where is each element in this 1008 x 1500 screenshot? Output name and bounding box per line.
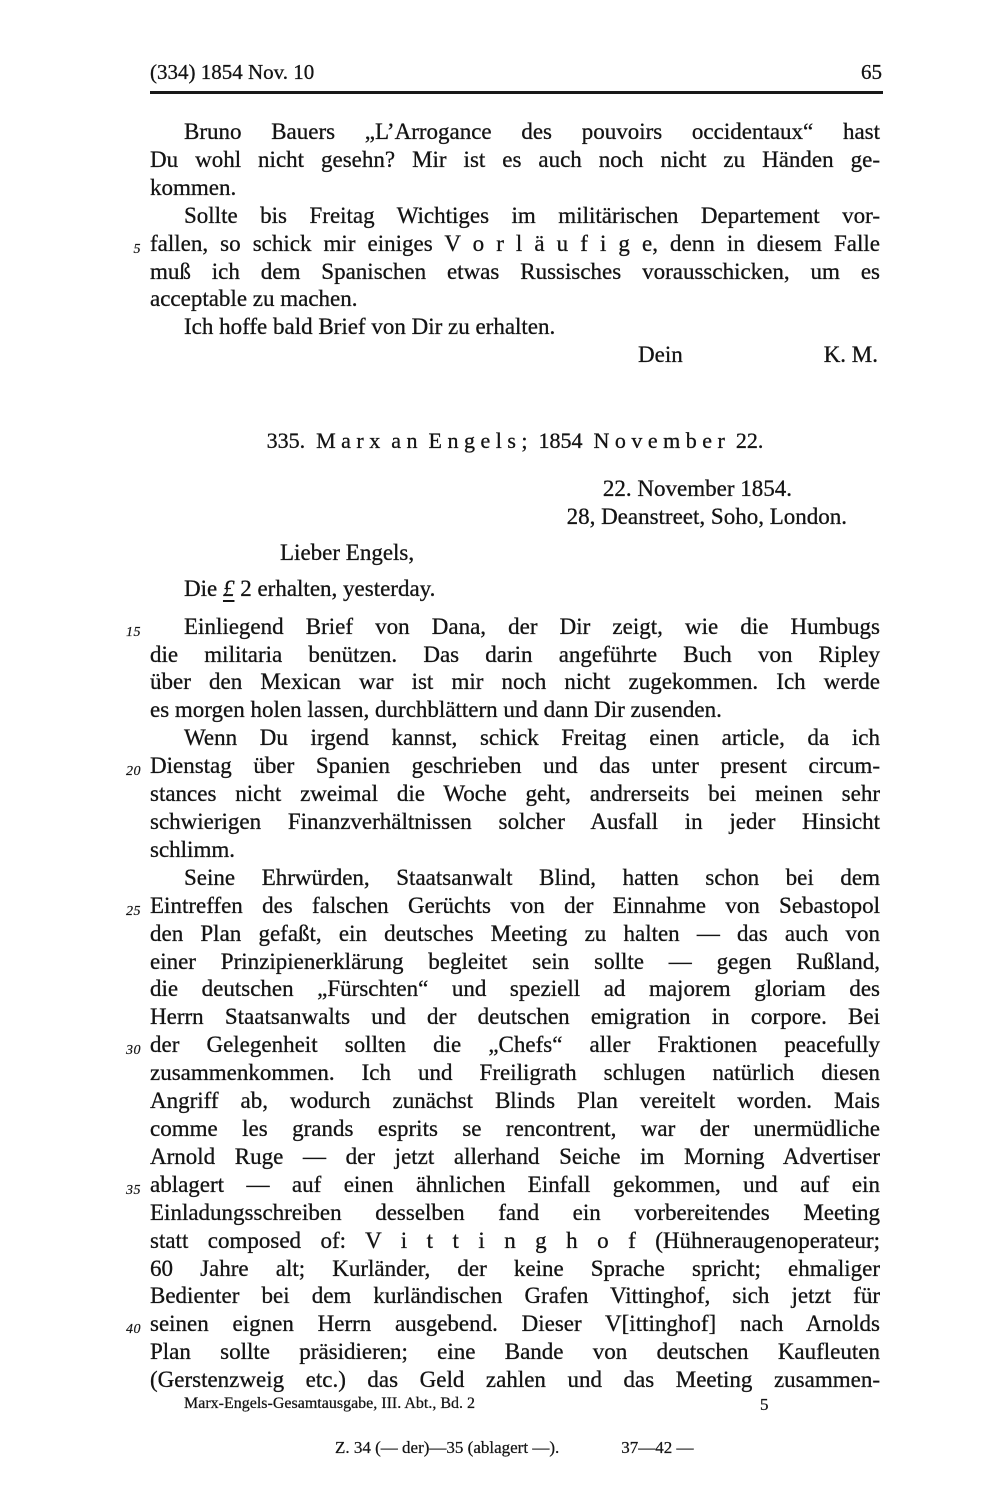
margin-line-number: 15 <box>92 619 141 647</box>
text-line: Arnold Ruge — der jetzt allerhand Seiche… <box>150 1143 880 1171</box>
dateline: 22. November 1854. <box>150 475 880 503</box>
text-line: zusammenkommen. Ich und Freiligrath schl… <box>150 1059 880 1087</box>
sheet-number: 5 <box>760 1395 769 1415</box>
text-line-content: zusammenkommen. Ich und Freiligrath schl… <box>150 1060 880 1085</box>
letter-335-body: 15Einliegend Brief von Dana, der Dir zei… <box>150 613 880 1394</box>
text-line-content: Du wohl nicht gesehn? Mir ist es auch no… <box>150 147 880 172</box>
text-line: Bedienter bei dem kurländischen Grafen V… <box>150 1282 880 1310</box>
text-line-content: Bedienter bei dem kurländischen Grafen V… <box>150 1283 880 1308</box>
text-line: 15Einliegend Brief von Dana, der Dir zei… <box>150 613 880 641</box>
text-line-content: die deutschen „Fürschten“ und speziell a… <box>150 976 880 1001</box>
text-line-content: Sollte bis Freitag Wichtiges im militäri… <box>184 203 880 228</box>
text-line-content: muß ich dem Spanischen etwas Russisches … <box>150 259 880 284</box>
text-line-content: den Plan gefaßt, ein deutsches Meeting z… <box>150 921 880 946</box>
text-line-content: seinen eignen Herrn ausgebend. Dieser V[… <box>150 1311 880 1336</box>
text-line: 20Dienstag über Spanien geschrieben und … <box>150 752 880 780</box>
salutation: Lieber Engels, <box>150 539 880 567</box>
text-line-content: Herrn Staatsanwalts und der deutschen em… <box>150 1004 880 1029</box>
header-rule <box>150 91 883 94</box>
text-line-content: acceptable zu machen. <box>150 286 358 311</box>
page-number: 65 <box>861 60 882 85</box>
text-line: die deutschen „Fürschten“ und speziell a… <box>150 975 880 1003</box>
text-line: (Gerstenzweig etc.) das Geld zahlen und … <box>150 1366 880 1394</box>
text-line: Du wohl nicht gesehn? Mir ist es auch no… <box>150 146 880 174</box>
text-line: statt composed of: V i t t i n g h o f (… <box>150 1227 880 1255</box>
text-line-content: über den Mexican war ist mir noch nicht … <box>150 669 880 694</box>
text-line-content: (Gerstenzweig etc.) das Geld zahlen und … <box>150 1367 880 1392</box>
text-line: es morgen holen lassen, durchblättern un… <box>150 696 880 724</box>
text-line: schlimm. <box>150 836 880 864</box>
text-line: Bruno Bauers „L’Arrogance des pouvoirs o… <box>150 118 880 146</box>
text-line: 5fallen, so schick mir einiges V o r l ä… <box>150 230 880 258</box>
text-line: einer Prinzipienerklärung begleitet sein… <box>150 948 880 976</box>
margin-line-number: 35 <box>126 1177 141 1205</box>
text-line: 40seinen eignen Herrn ausgebend. Dieser … <box>150 1310 880 1338</box>
text-line: Plan sollte präsidieren; eine Bande von … <box>150 1338 880 1366</box>
text-line-content: die militaria benützen. Das darin angefü… <box>150 642 880 667</box>
text-line-content: Plan sollte präsidieren; eine Bande von … <box>150 1339 880 1364</box>
pound-sign: £ <box>223 576 235 601</box>
apparatus-right: 37—42 — <box>621 1438 693 1458</box>
text-line: Sollte bis Freitag Wichtiges im militäri… <box>150 202 880 230</box>
text-line-content: kommen. <box>150 175 236 200</box>
text-line: 60 Jahre alt; Kurländer, der keine Sprac… <box>150 1255 880 1283</box>
text-line: comme les grands esprits se rencontrent,… <box>150 1115 880 1143</box>
signature-closing: Dein <box>638 341 683 369</box>
text-line-content: Wenn Du irgend kannst, schick Freitag ei… <box>184 725 880 750</box>
opening-line: Die £ 2 erhalten, yesterday. <box>150 575 880 603</box>
text-line-content: Seine Ehrwürden, Staatsanwalt Blind, hat… <box>184 865 880 890</box>
page-footer: Marx-Engels-Gesamtausgabe, III. Abt., Bd… <box>150 1395 880 1417</box>
text-line-content: Ich hoffe bald Brief von Dir zu erhalten… <box>184 314 555 339</box>
text-line: Angriff ab, wodurch zunächst Blinds Plan… <box>150 1087 880 1115</box>
text-line: muß ich dem Spanischen etwas Russisches … <box>150 258 880 286</box>
text-line-content: Eintreffen des falschen Gerüchts von der… <box>150 893 880 918</box>
margin-line-number: 25 <box>126 898 141 926</box>
text-line: 30der Gelegenheit sollten die „Chefs“ al… <box>150 1031 880 1059</box>
text-line: den Plan gefaßt, ein deutsches Meeting z… <box>150 920 880 948</box>
margin-line-number: 40 <box>126 1316 141 1344</box>
text-line-content: statt composed of: V i t t i n g h o f (… <box>150 1228 880 1253</box>
margin-line-number: 30 <box>126 1037 141 1065</box>
text-line-content: Arnold Ruge — der jetzt allerhand Seiche… <box>150 1144 880 1169</box>
imprint: Marx-Engels-Gesamtausgabe, III. Abt., Bd… <box>184 1395 475 1413</box>
book-page: (334) 1854 Nov. 10 65 Bruno Bauers „L’Ar… <box>0 0 1008 1500</box>
margin-line-number: 20 <box>126 758 141 786</box>
text-line: kommen. <box>150 174 880 202</box>
letter-334-end: Bruno Bauers „L’Arrogance des pouvoirs o… <box>150 118 880 341</box>
text-line-content: stances nicht zweimal die Woche geht, an… <box>150 781 880 806</box>
signature-initials: K. M. <box>824 341 878 369</box>
text-line-content: ablagert — auf einen ähnlichen Einfall g… <box>150 1172 880 1197</box>
text-line-content: Dienstag über Spanien geschrieben und da… <box>150 753 880 778</box>
text-line-content: 60 Jahre alt; Kurländer, der keine Sprac… <box>150 1256 880 1281</box>
text-line: Herrn Staatsanwalts und der deutschen em… <box>150 1003 880 1031</box>
running-header: (334) 1854 Nov. 10 65 <box>150 60 882 85</box>
apparatus-note: Z. 34 (— der)—35 (ablagert —). 37—42 — <box>335 1438 693 1458</box>
letter-heading: 335. M a r x a n E n g e l s ; 1854 N o … <box>150 427 880 455</box>
address-line: 28, Deanstreet, Soho, London. <box>150 503 880 531</box>
text-line-content: Bruno Bauers „L’Arrogance des pouvoirs o… <box>184 119 880 144</box>
text-line: 35ablagert — auf einen ähnlichen Einfall… <box>150 1171 880 1199</box>
signature-row: Dein K. M. <box>150 341 880 369</box>
text-line: über den Mexican war ist mir noch nicht … <box>150 668 880 696</box>
text-line: stances nicht zweimal die Woche geht, an… <box>150 780 880 808</box>
text-line-content: Einladungsschreiben desselben fand ein v… <box>150 1200 880 1225</box>
margin-line-number: 5 <box>134 236 142 264</box>
text-line: acceptable zu machen. <box>150 285 880 313</box>
text-line-content: Angriff ab, wodurch zunächst Blinds Plan… <box>150 1088 880 1113</box>
apparatus-left: Z. 34 (— der)—35 (ablagert —). <box>335 1438 559 1458</box>
text-line-content: fallen, so schick mir einiges V o r l ä … <box>150 231 880 256</box>
text-line-content: comme les grands esprits se rencontrent,… <box>150 1116 880 1141</box>
text-line-content: es morgen holen lassen, durchblättern un… <box>150 697 722 722</box>
text-line: die militaria benützen. Das darin angefü… <box>150 641 880 669</box>
opening-post: 2 erhalten, yesterday. <box>234 576 435 601</box>
text-line: Einladungsschreiben desselben fand ein v… <box>150 1199 880 1227</box>
text-line-content: Einliegend Brief von Dana, der Dir zeigt… <box>184 614 880 639</box>
text-line: Ich hoffe bald Brief von Dir zu erhalten… <box>150 313 880 341</box>
text-line-content: einer Prinzipienerklärung begleitet sein… <box>150 949 880 974</box>
text-line: 25Eintreffen des falschen Gerüchts von d… <box>150 892 880 920</box>
text-line: Seine Ehrwürden, Staatsanwalt Blind, hat… <box>150 864 880 892</box>
text-column: Bruno Bauers „L’Arrogance des pouvoirs o… <box>150 118 880 1394</box>
text-line-content: schlimm. <box>150 837 235 862</box>
text-line: Wenn Du irgend kannst, schick Freitag ei… <box>150 724 880 752</box>
opening-pre: Die <box>184 576 223 601</box>
text-line-content: schwierigen Finanzverhältnissen solcher … <box>150 809 880 834</box>
text-line-content: der Gelegenheit sollten die „Chefs“ alle… <box>150 1032 880 1057</box>
text-line: schwierigen Finanzverhältnissen solcher … <box>150 808 880 836</box>
running-title: (334) 1854 Nov. 10 <box>150 60 314 85</box>
